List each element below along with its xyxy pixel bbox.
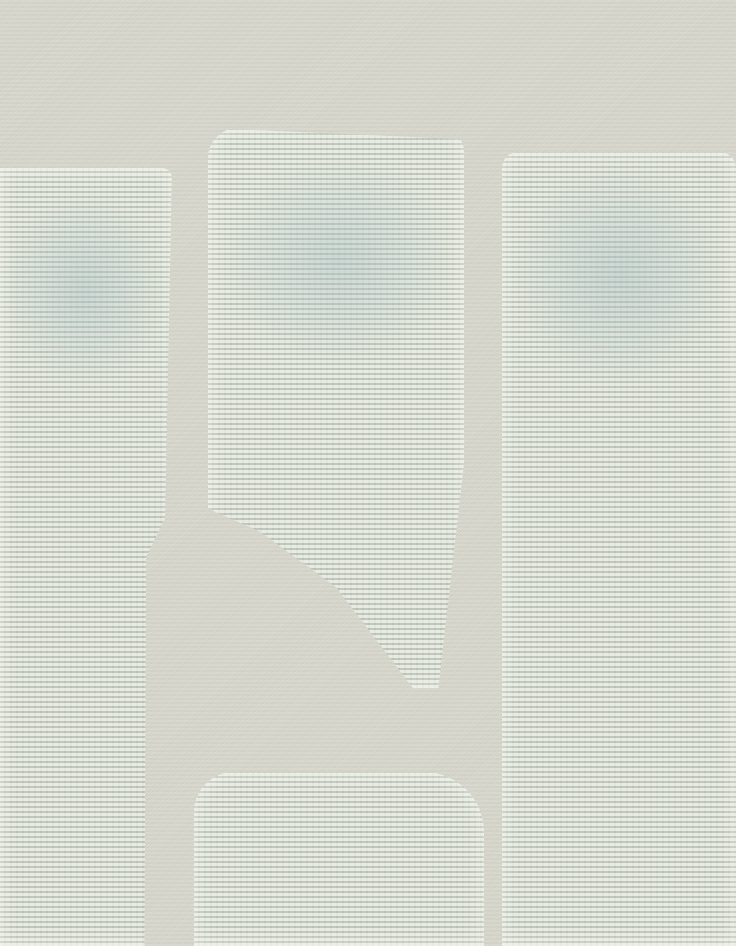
left-column-pile [0,168,172,946]
right-column-pile [502,152,736,946]
rug-flatweave-ground [0,0,736,946]
center-top-pile [208,128,464,688]
center-bottom-pile [194,772,484,946]
